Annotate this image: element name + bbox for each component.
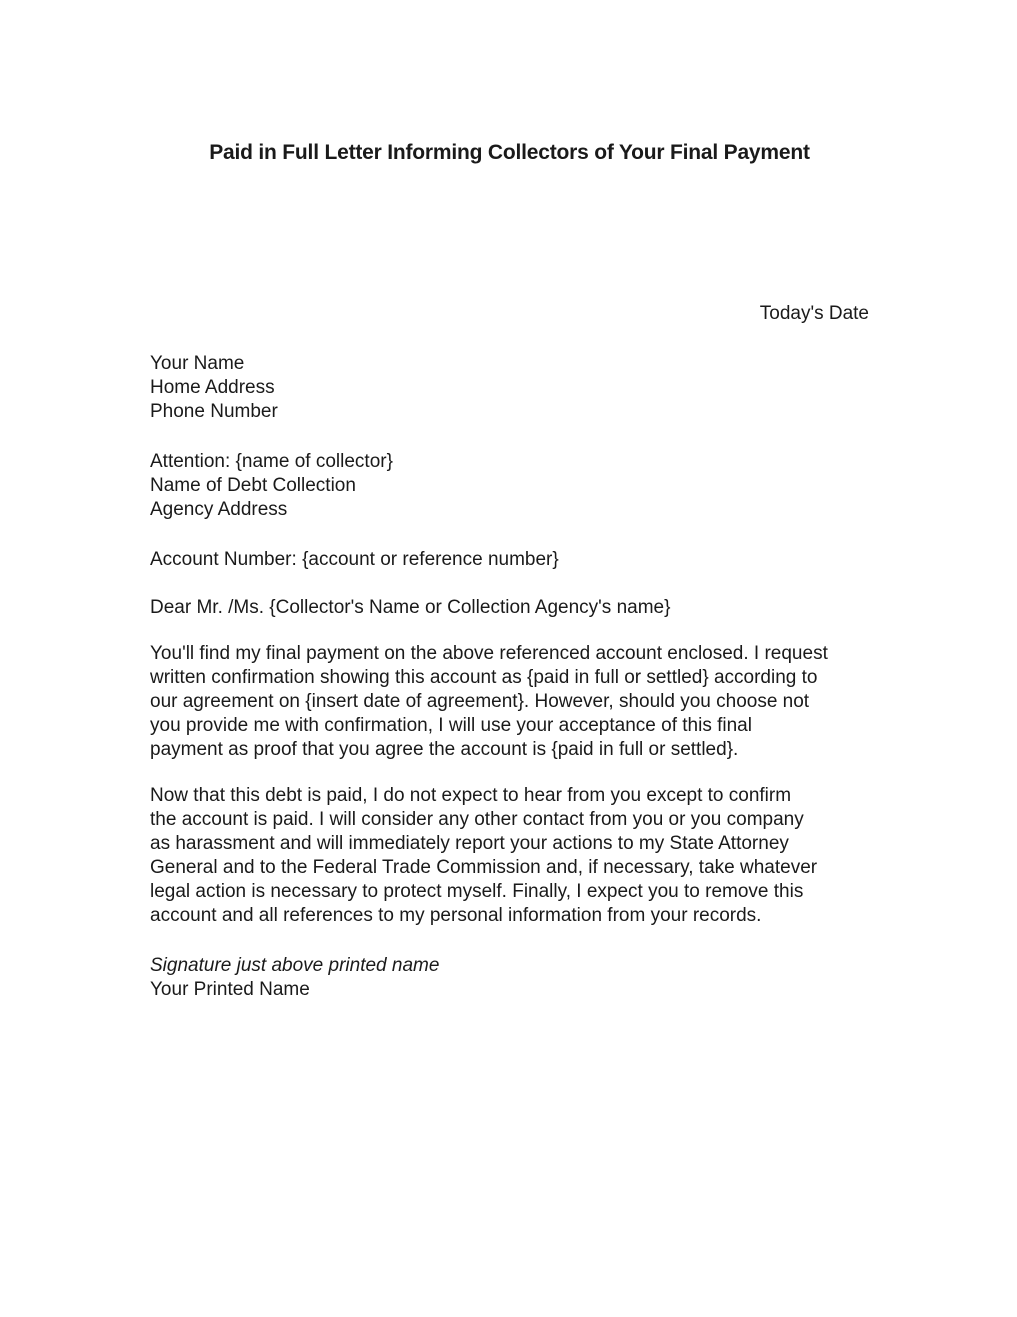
body-paragraph-1: You'll find my final payment on the abov… (150, 642, 869, 762)
sender-block: Your Name Home Address Phone Number (150, 352, 869, 424)
salutation-line: Dear Mr. /Ms. {Collector's Name or Colle… (150, 596, 869, 620)
recipient-block: Attention: {name of collector} Name of D… (150, 450, 869, 522)
letter-page: Paid in Full Letter Informing Collectors… (0, 0, 1017, 1317)
date-line: Today's Date (150, 302, 869, 326)
account-number-line: Account Number: {account or reference nu… (150, 548, 869, 572)
printed-name-line: Your Printed Name (150, 978, 869, 1002)
signature-area: Signature just above printed name Your P… (150, 954, 869, 1002)
signature-note: Signature just above printed name (150, 954, 869, 978)
letter-title: Paid in Full Letter Informing Collectors… (150, 140, 869, 166)
body-paragraph-2: Now that this debt is paid, I do not exp… (150, 784, 869, 928)
